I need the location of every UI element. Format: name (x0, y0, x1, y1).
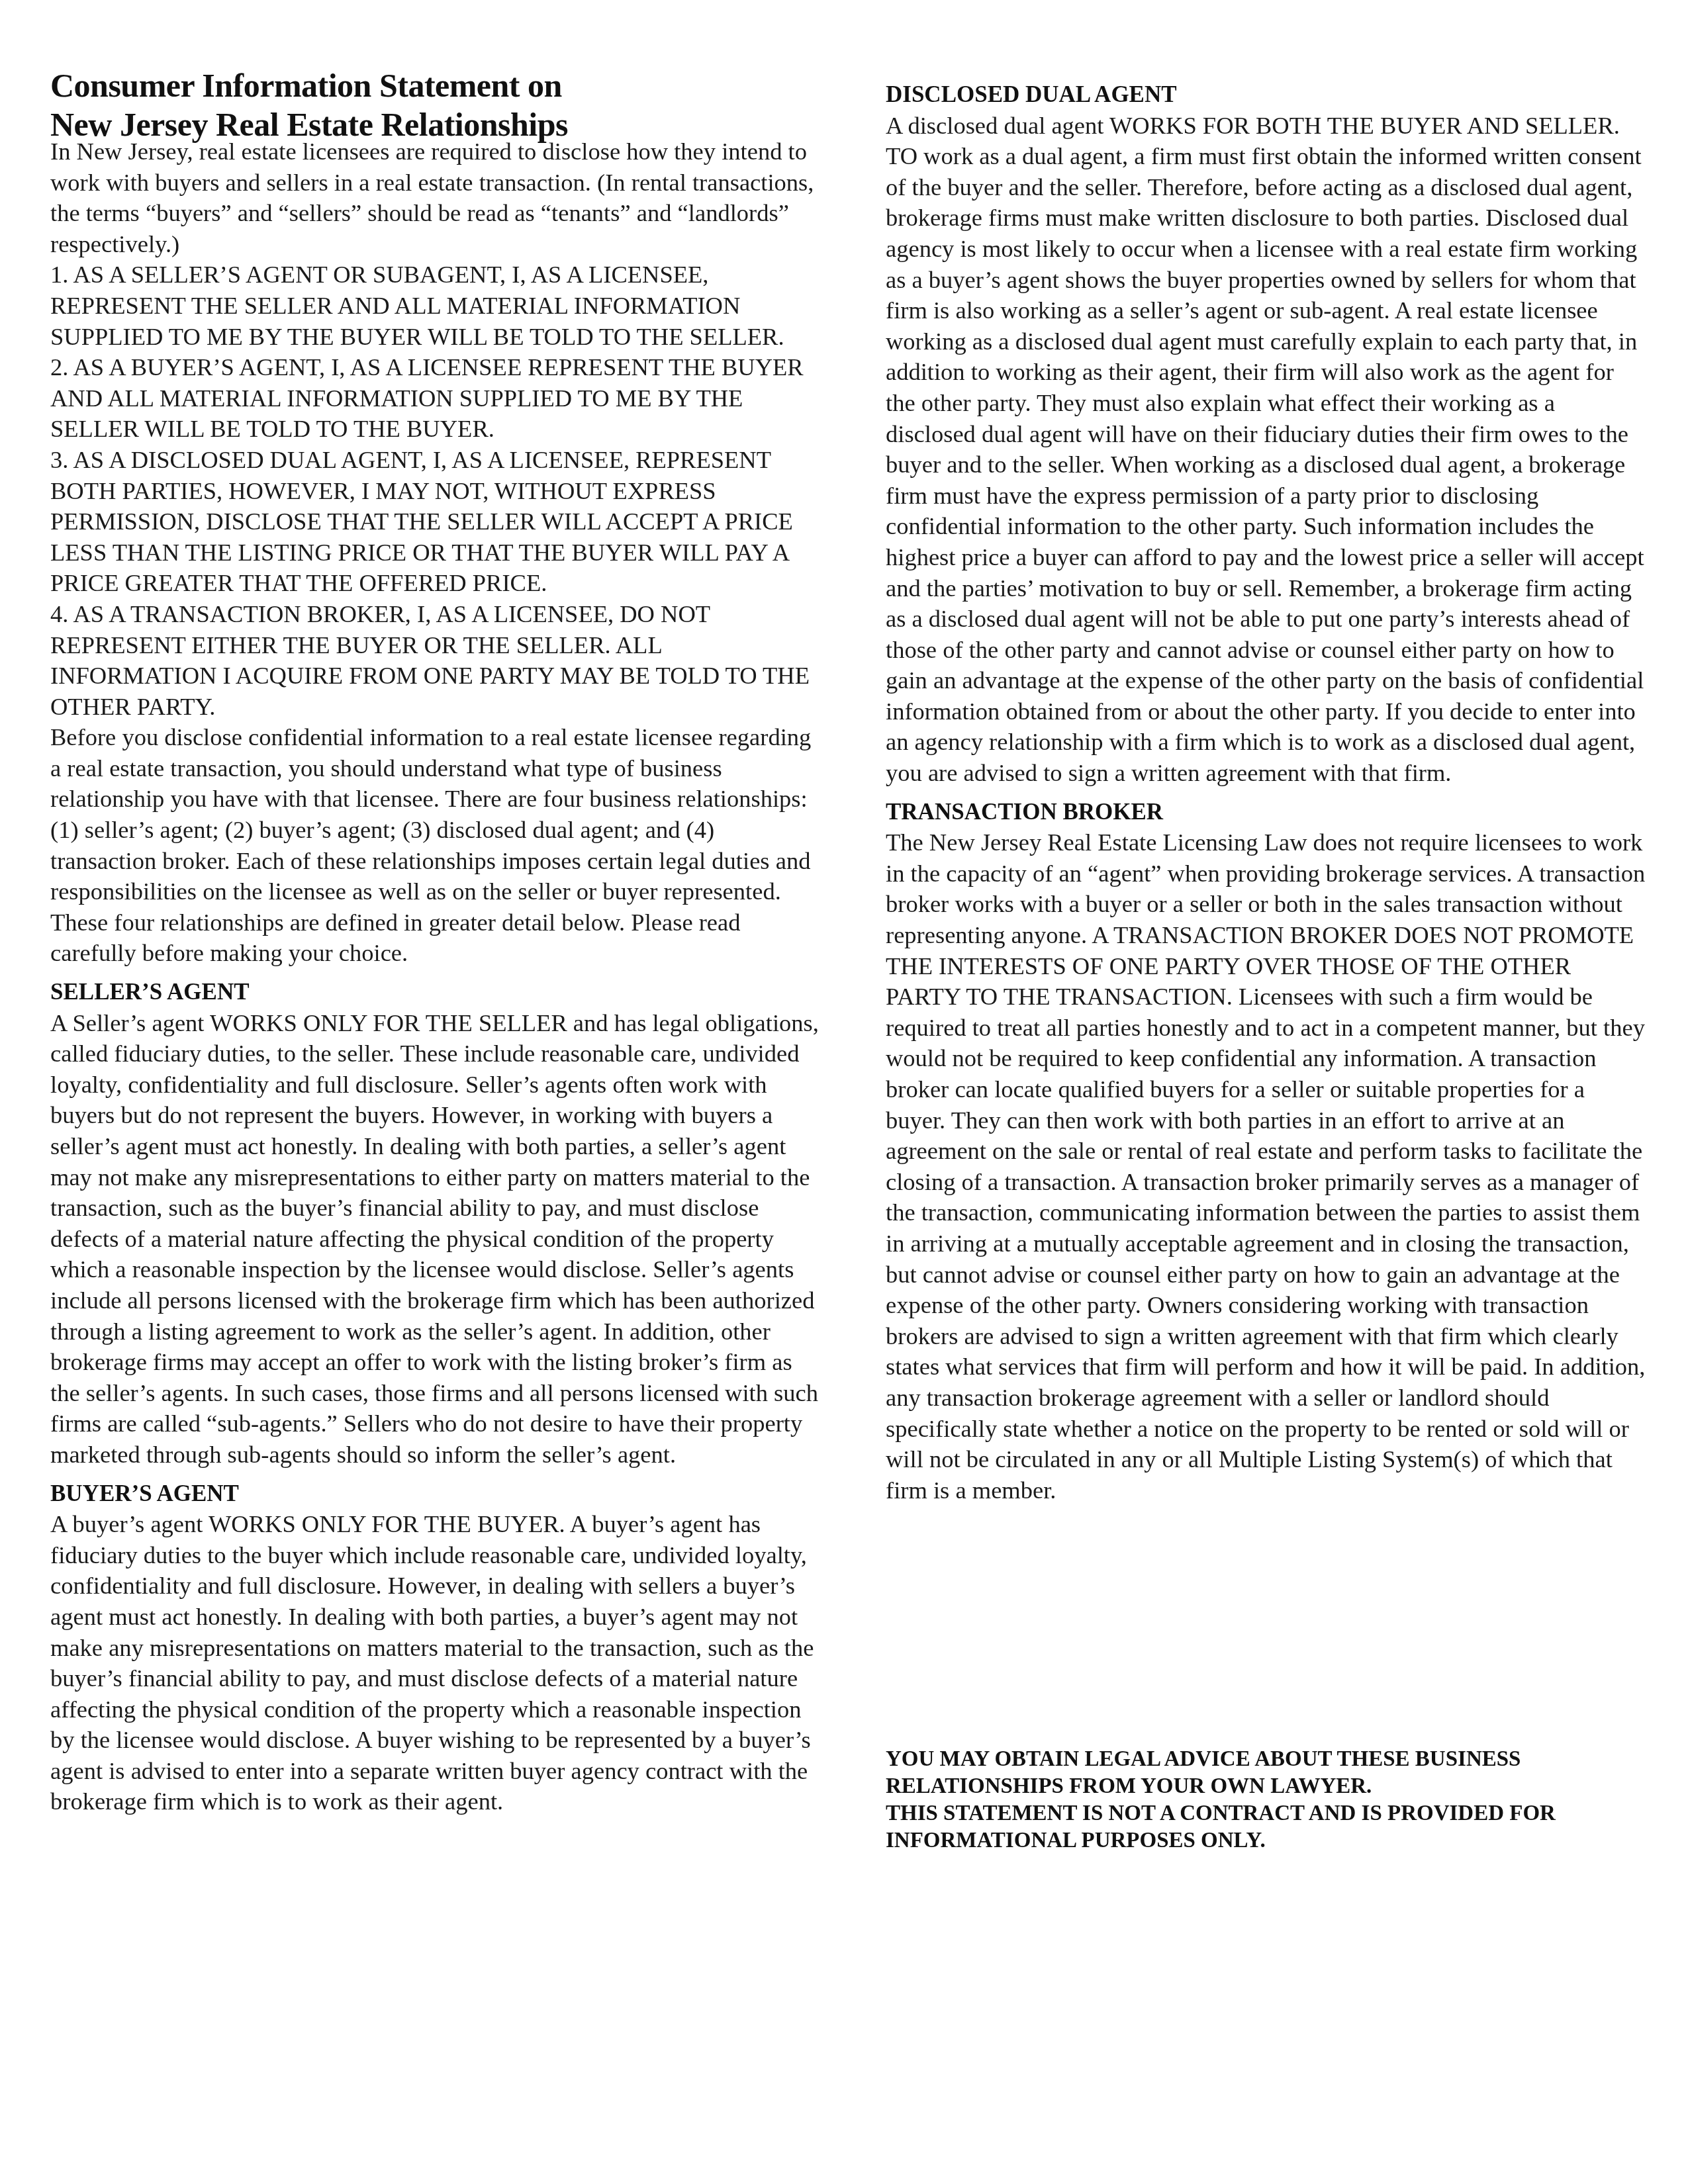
section-heading-buyers-agent: BUYER’S AGENT (50, 1479, 825, 1510)
section-text-sellers-agent: A Seller’s agent WORKS ONLY FOR THE SELL… (50, 1008, 825, 1471)
legal-notice: YOU MAY OBTAIN LEGAL ADVICE ABOUT THESE … (886, 1746, 1647, 1854)
section-text-disclosed-dual-agent: A disclosed dual agent WORKS FOR BOTH TH… (886, 111, 1647, 789)
section-heading-transaction-broker: TRANSACTION BROKER (886, 797, 1647, 828)
before-disclose-paragraph: Before you disclose confidential informa… (50, 722, 825, 969)
section-text-transaction-broker: The New Jersey Real Estate Licensing Law… (886, 827, 1647, 1506)
legal-advice-notice: YOU MAY OBTAIN LEGAL ADVICE ABOUT THESE … (886, 1746, 1647, 1800)
section-heading-disclosed-dual-agent: DISCLOSED DUAL AGENT (886, 79, 1647, 111)
document-title: Consumer Information Statement on New Je… (50, 66, 568, 144)
statement-2: 2. AS A BUYER’S AGENT, I, AS A LICENSEE … (50, 352, 825, 445)
not-a-contract-notice: THIS STATEMENT IS NOT A CONTRACT AND IS … (886, 1800, 1647, 1854)
section-text-buyers-agent: A buyer’s agent WORKS ONLY FOR THE BUYER… (50, 1509, 825, 1817)
statement-4: 4. AS A TRANSACTION BROKER, I, AS A LICE… (50, 599, 825, 722)
title-line-1: Consumer Information Statement on (50, 67, 562, 104)
right-flow: DISCLOSED DUAL AGENT A disclosed dual ag… (886, 79, 1647, 1506)
section-heading-sellers-agent: SELLER’S AGENT (50, 977, 825, 1008)
intro-paragraph: In New Jersey, real estate licensees are… (50, 136, 825, 259)
statement-1: 1. AS A SELLER’S AGENT OR SUBAGENT, I, A… (50, 259, 825, 352)
statement-3: 3. AS A DISCLOSED DUAL AGENT, I, AS A LI… (50, 445, 825, 599)
left-flow: In New Jersey, real estate licensees are… (50, 136, 825, 1817)
